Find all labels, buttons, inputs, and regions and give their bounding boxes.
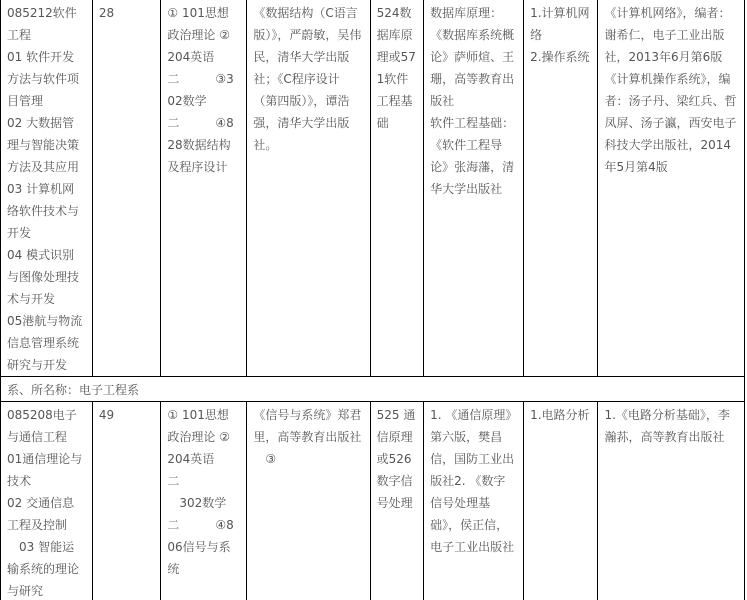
exam-subjects-cell: ① 101思想政治理论 ② 204英语 二 302数学 二 ④806信号与系统 — [161, 402, 247, 600]
department-heading: 系、所名称：电子工程系 — [1, 377, 745, 402]
exam-subject-line: 二 — [167, 470, 240, 492]
major-line: 05港航与物流信息管理系统研究与开发 — [7, 310, 86, 376]
retest-subjects-cell: 524数据库原理或571软件工程基础 — [370, 0, 423, 377]
exam-references-cell: 《信号与系统》郑君里，高等教育出版社 ③ — [247, 402, 370, 600]
reference-line: 软件工程基础： — [430, 112, 517, 134]
reference-line: 1.《电路分析基础》，李瀚荪，高等教育出版社 — [604, 404, 738, 448]
major-line: 02 交通信息工程及控制 — [7, 492, 86, 536]
equivalent-subjects-cell: 1.计算机网络 2.操作系统 — [524, 0, 598, 377]
table-row: 085208电子与通信工程 01通信理论与技术 02 交通信息工程及控制 03 … — [1, 402, 745, 600]
retest-subject-line: 525 通信原理或526数字信号处理 — [377, 404, 417, 514]
reference-line: ③ — [253, 448, 363, 470]
retest-subjects-cell: 525 通信原理或526数字信号处理 — [370, 402, 423, 600]
major-cell: 085212软件工程 01 软件开发方法与软件项目管理 02 大数据管理与智能决… — [1, 0, 93, 377]
enrollment-cell: 49 — [92, 402, 161, 600]
exam-subject-line: 二 ④828数据结构及程序设计 — [167, 112, 240, 178]
major-line: 085208电子与通信工程 — [7, 404, 86, 448]
equivalent-subject-line: 2.操作系统 — [530, 46, 591, 68]
reference-line: 《数据库系统概论》萨师煊、王珊，高等教育出版社 — [430, 24, 517, 112]
reference-line: 《信号与系统》郑君里，高等教育出版社 — [253, 404, 363, 448]
reference-line: 《数据结构（C语言版）》，严蔚敏，吴伟民，清华大学出版社；《C程序设计（第四版）… — [253, 2, 363, 156]
exam-subject-line: 二 ③302数学 — [167, 68, 240, 112]
table-row: 085212软件工程 01 软件开发方法与软件项目管理 02 大数据管理与智能决… — [1, 0, 745, 377]
exam-subjects-cell: ① 101思想政治理论 ② 204英语 二 ③302数学 二 ④828数据结构及… — [161, 0, 247, 377]
equivalent-references-cell: 1.《电路分析基础》，李瀚荪，高等教育出版社 — [598, 402, 745, 600]
equivalent-subject-line: 1.电路分析 — [530, 404, 591, 426]
retest-references-cell: 数据库原理： 《数据库系统概论》萨师煊、王珊，高等教育出版社 软件工程基础： 《… — [424, 0, 524, 377]
exam-subject-line: ① 101思想政治理论 ② 204英语 — [167, 2, 240, 68]
reference-line: 《计算机网络》，编者：谢希仁，电子工业出版社，2013年6月第6版 《计算机操作… — [604, 2, 738, 178]
admissions-catalog-table: 085212软件工程 01 软件开发方法与软件项目管理 02 大数据管理与智能决… — [0, 0, 745, 600]
exam-subject-line: ① 101思想政治理论 ② 204英语 — [167, 404, 240, 470]
enrollment-count: 49 — [99, 404, 155, 426]
retest-subject-line: 524数据库原理或571软件工程基础 — [377, 2, 417, 134]
retest-references-cell: 1. 《通信原理》第六版，樊昌信，国防工业出版社2. 《数字信号处理基础》，侯正… — [424, 402, 524, 600]
reference-line: 《软件工程导论》张海藩，清华大学出版社 — [430, 134, 517, 200]
equivalent-subject-line: 1.计算机网络 — [530, 2, 591, 46]
equivalent-subjects-cell: 1.电路分析 — [524, 402, 598, 600]
equivalent-references-cell: 《计算机网络》，编者：谢希仁，电子工业出版社，2013年6月第6版 《计算机操作… — [598, 0, 745, 377]
section-row: 系、所名称：电子工程系 — [1, 377, 745, 402]
reference-line: 1. 《通信原理》第六版，樊昌信，国防工业出版社2. 《数字信号处理基础》，侯正… — [430, 404, 517, 558]
enrollment-count: 28 — [99, 2, 155, 24]
exam-references-cell: 《数据结构（C语言版）》，严蔚敏，吴伟民，清华大学出版社；《C程序设计（第四版）… — [247, 0, 370, 377]
major-line: 03 智能运输系统的理论与研究 — [7, 536, 86, 600]
major-line: 04 模式识别与图像处理技术与开发 — [7, 244, 86, 310]
major-line: 02 大数据管理与智能决策方法及其应用03 计算机网络软件技术与开发 — [7, 112, 86, 244]
major-line: 01通信理论与技术 — [7, 448, 86, 492]
major-cell: 085208电子与通信工程 01通信理论与技术 02 交通信息工程及控制 03 … — [1, 402, 93, 600]
reference-line: 数据库原理： — [430, 2, 517, 24]
enrollment-cell: 28 — [92, 0, 161, 377]
major-line: 085212软件工程 — [7, 2, 86, 46]
major-line: 01 软件开发方法与软件项目管理 — [7, 46, 86, 112]
exam-subject-line: 302数学 — [167, 492, 240, 514]
exam-subject-line: 二 ④806信号与系统 — [167, 514, 240, 580]
